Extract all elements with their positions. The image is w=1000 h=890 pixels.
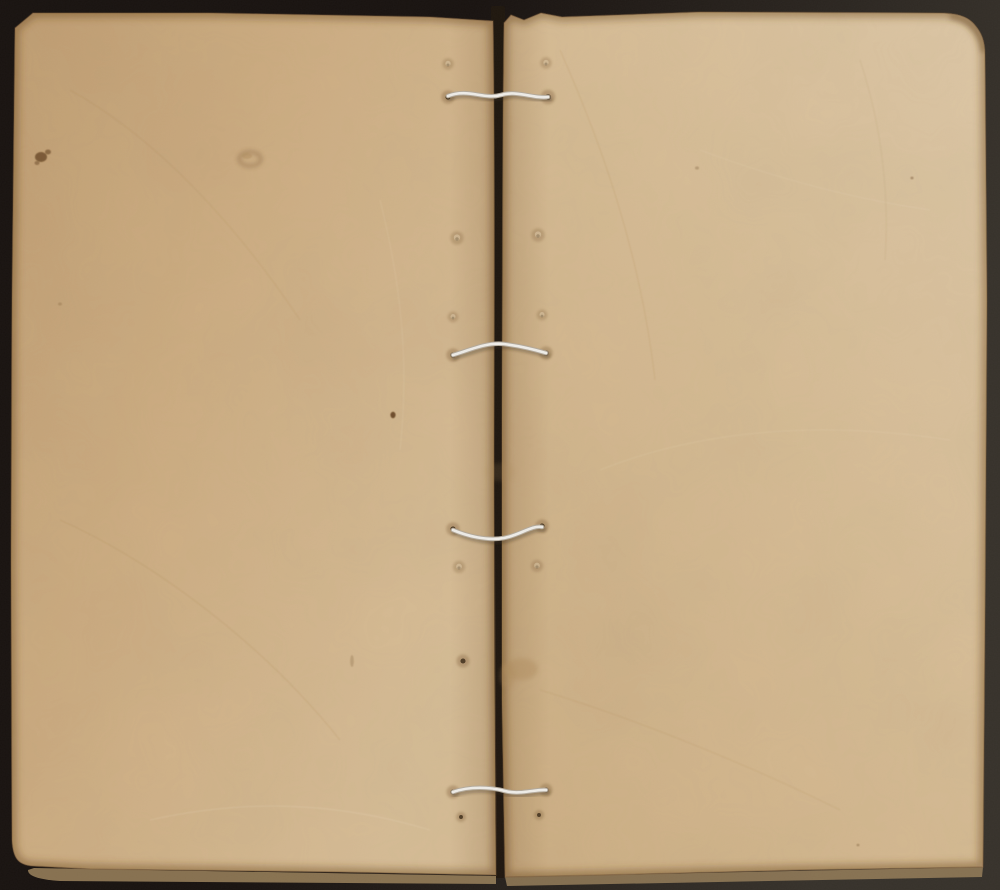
notebook-spread: [0, 0, 1000, 890]
notebook-scan: [0, 0, 1000, 890]
